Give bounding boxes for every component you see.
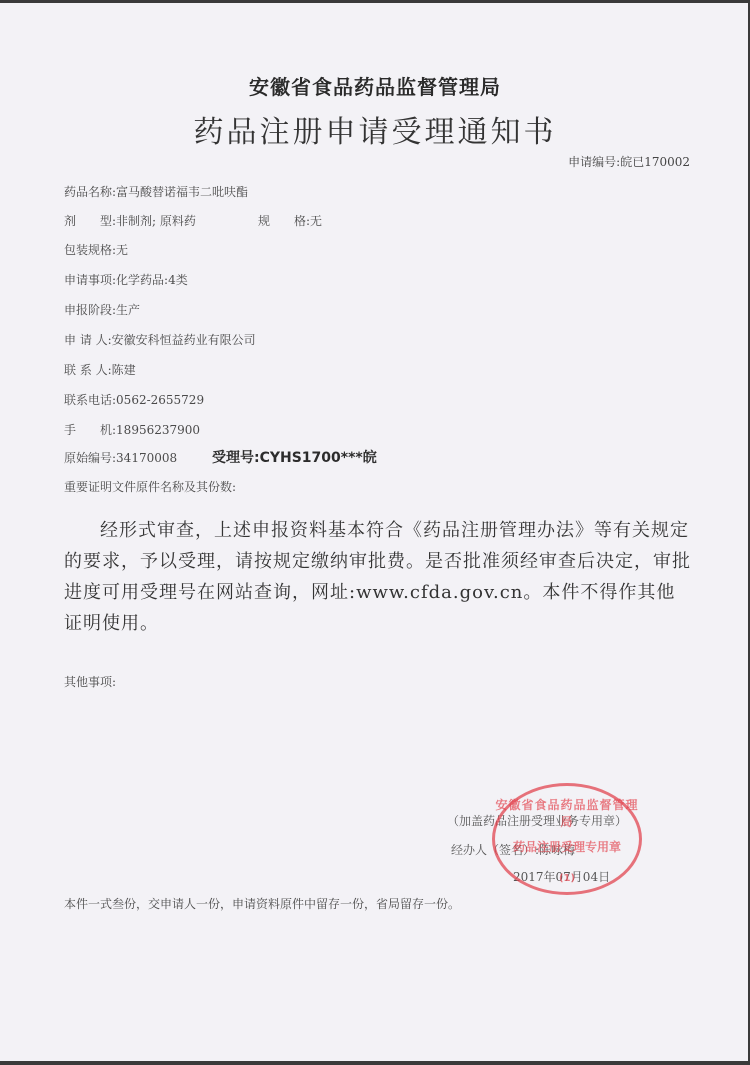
contact-phone: 联系电话:0562-2655729 (64, 391, 204, 408)
document-title: 药品注册申请受理通知书 (0, 107, 750, 151)
dosage-form: 剂 型:非制剂; 原料药 (64, 212, 196, 229)
agency-name: 安徽省食品药品监督管理局 (0, 71, 750, 100)
original-number: 原始编号:34170008 (64, 449, 177, 466)
seal-center-text: 药品注册受理专用章 (495, 838, 639, 855)
seal-bottom-text: (1) (495, 873, 639, 884)
application-stage: 申报阶段:生产 (64, 301, 140, 318)
application-item: 申请事项:化学药品:4类 (64, 271, 188, 288)
contact-person: 联 系 人:陈建 (64, 361, 136, 378)
other-matters: 其他事项: (64, 673, 116, 690)
application-number: 申请编号:皖已170002 (568, 153, 690, 170)
documents-label: 重要证明文件原件名称及其份数: (64, 478, 236, 495)
acceptance-number: 受理号:CYHS1700***皖 (212, 447, 377, 467)
document-page: 安徽省食品药品监督管理局 药品注册申请受理通知书 申请编号:皖已170002 药… (0, 3, 748, 1061)
official-seal: 安徽省食品药品监督管理局 药品注册受理专用章 (1) (492, 783, 642, 895)
package-spec: 包装规格:无 (64, 241, 128, 258)
application-number-value: 皖已170002 (620, 155, 690, 169)
specification: 规 格:无 (258, 212, 322, 229)
seal-ring-text: 安徽省食品药品监督管理局 (495, 796, 639, 830)
drug-name: 药品名称:富马酸替诺福韦二吡呋酯 (64, 183, 248, 200)
copies-note: 本件一式叁份，交申请人一份，申请资料原件中留存一份，省局留存一份。 (64, 895, 460, 912)
review-paragraph: 经形式审查，上述申报资料基本符合《药品注册管理办法》等有关规定的要求，予以受理，… (64, 515, 694, 639)
mobile-phone: 手 机:18956237900 (64, 421, 200, 438)
application-number-label: 申请编号: (568, 155, 620, 169)
applicant: 申 请 人:安徽安科恒益药业有限公司 (64, 331, 256, 348)
